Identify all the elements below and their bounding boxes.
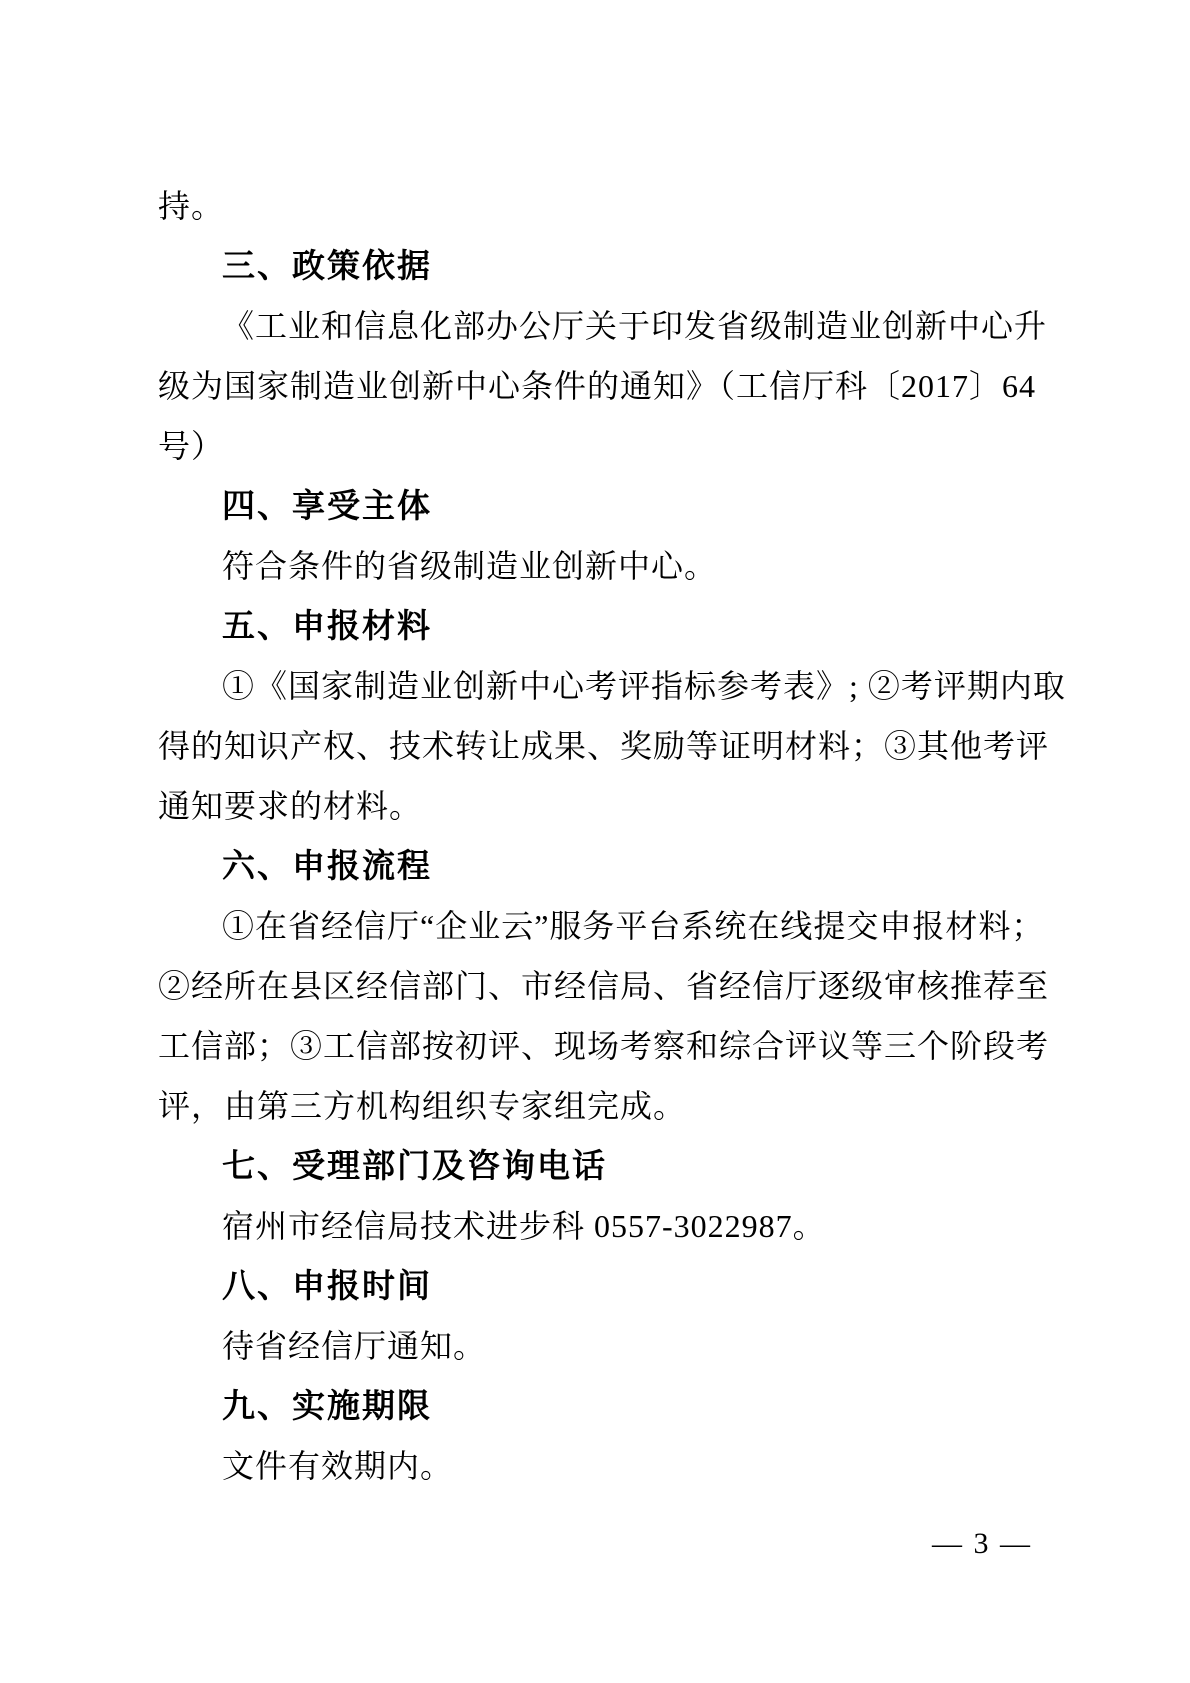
section-heading: 八、申报时间: [158, 1256, 1036, 1316]
section-heading: 七、受理部门及咨询电话: [158, 1136, 1036, 1196]
paragraph-line: 《工业和信息化部办公厅关于印发省级制造业创新中心升: [158, 296, 1036, 356]
paragraph-line: 通知要求的材料。: [158, 776, 1036, 836]
section-heading: 四、享受主体: [158, 476, 1036, 536]
section-heading: 九、实施期限: [158, 1376, 1036, 1436]
paragraph-line: ①在省经信厅“企业云”服务平台系统在线提交申报材料；: [158, 896, 1036, 956]
paragraph-line: ①《国家制造业创新中心考评指标参考表》; ②考评期内取: [158, 656, 1036, 716]
paragraph-line: 待省经信厅通知。: [158, 1316, 1036, 1376]
paragraph-line: 文件有效期内。: [158, 1436, 1036, 1496]
paragraph-line: 得的知识产权、技术转让成果、奖励等证明材料；③其他考评: [158, 716, 1036, 776]
paragraph-line: 号）: [158, 416, 1036, 476]
section-heading: 五、申报材料: [158, 596, 1036, 656]
paragraph-line: 级为国家制造业创新中心条件的通知》（工信厅科〔2017〕64: [158, 356, 1036, 416]
paragraph-line: ②经所在县区经信部门、市经信局、省经信厅逐级审核推荐至: [158, 956, 1036, 1016]
paragraph-line: 宿州市经信局技术进步科 0557-3022987。: [158, 1196, 1036, 1256]
document-page: 持。三、政策依据《工业和信息化部办公厅关于印发省级制造业创新中心升级为国家制造业…: [0, 0, 1190, 1683]
paragraph-line: 持。: [158, 176, 1036, 236]
paragraph-line: 评，由第三方机构组织专家组完成。: [158, 1076, 1036, 1136]
paragraph-line: 工信部；③工信部按初评、现场考察和综合评议等三个阶段考: [158, 1016, 1036, 1076]
section-heading: 三、政策依据: [158, 236, 1036, 296]
page-footer: — 3 —: [932, 1527, 1032, 1561]
page-number: — 3 —: [932, 1527, 1032, 1560]
section-heading: 六、申报流程: [158, 836, 1036, 896]
paragraph-line: 符合条件的省级制造业创新中心。: [158, 536, 1036, 596]
document-body: 持。三、政策依据《工业和信息化部办公厅关于印发省级制造业创新中心升级为国家制造业…: [158, 176, 1036, 1496]
